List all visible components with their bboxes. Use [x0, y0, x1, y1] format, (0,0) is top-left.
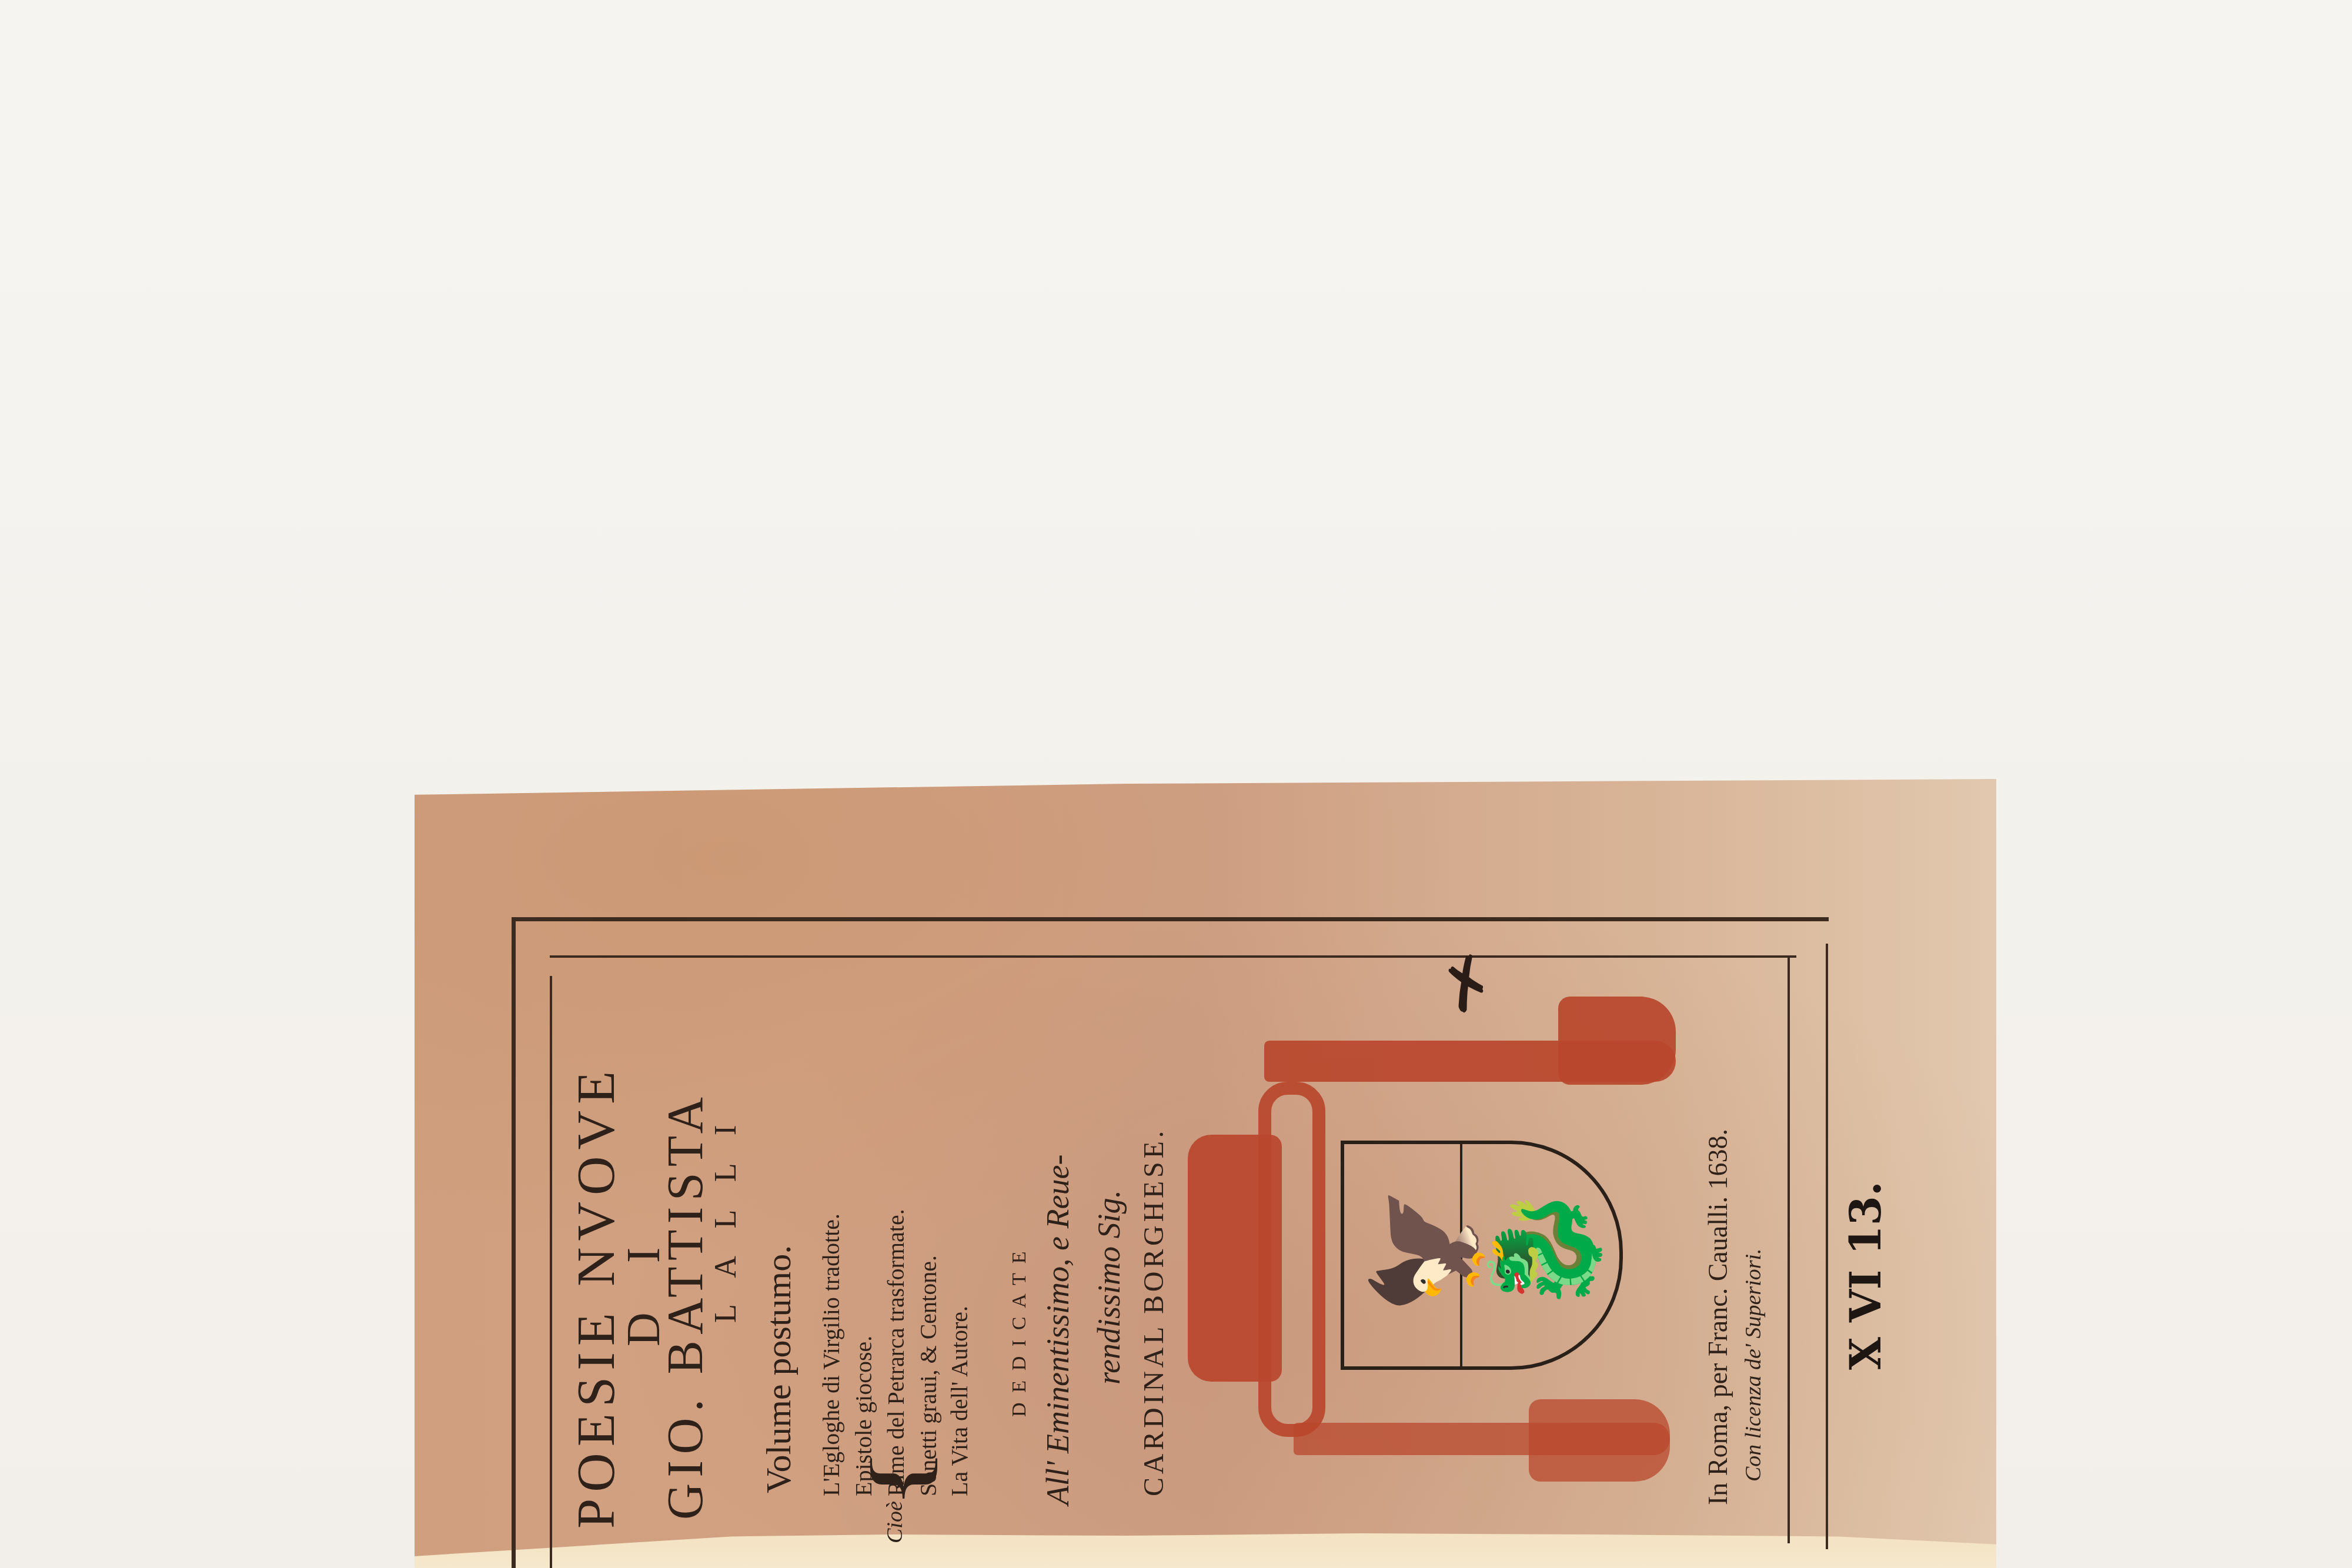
- heraldic-shield: 🦅 🐉: [1341, 1141, 1623, 1370]
- tassels-lower-2: [1529, 1399, 1670, 1482]
- tassels-upper-2: [1558, 997, 1676, 1085]
- border-rule-top-outer: [512, 917, 1829, 921]
- contents-item-1: L'Egloghe di Virgilio tradotte.: [817, 1213, 845, 1496]
- contents-item-4: Sonetti graui, & Centone.: [914, 1255, 942, 1496]
- contents-item-5: La Vita dell' Autore.: [946, 1306, 973, 1496]
- border-rule-right-outer: [1826, 944, 1828, 1549]
- dragon-icon: 🐉: [1492, 1184, 1598, 1316]
- license-line: Con licenza de' Superiori.: [1740, 1248, 1766, 1482]
- dedicatee: CARDINAL BORGHESE.: [1138, 1128, 1170, 1496]
- contents-item-3: Rime del Petrarca trasformate.: [882, 1209, 910, 1496]
- border-rule-left-inner: [550, 976, 552, 1568]
- border-rule-top-inner: [550, 955, 1796, 958]
- hat-cord-loops: [1258, 1082, 1325, 1437]
- dedication-heading: D E D I C A T E: [1008, 1249, 1031, 1417]
- title-line-4: L A L L I: [709, 1115, 743, 1323]
- shelfmark: X VI 13.: [1840, 1181, 1890, 1370]
- eagle-icon: 🦅: [1375, 1184, 1481, 1316]
- border-rule-left-outer: [512, 917, 516, 1568]
- dedication-line-1: All' Eminentissimo, e Reue-: [1040, 1155, 1076, 1505]
- title-line-3: GIO. BATTISTA: [656, 1091, 714, 1520]
- contents-item-2: Epistole giocose.: [850, 1336, 877, 1496]
- border-rule-right-inner: [1788, 955, 1790, 1543]
- subtitle: Volume postumo.: [759, 1245, 799, 1493]
- dedication-line-2: rendissimo Sig.: [1091, 1190, 1127, 1385]
- imprint-line: In Roma, per Franc. Caualli. 1638.: [1702, 1129, 1733, 1505]
